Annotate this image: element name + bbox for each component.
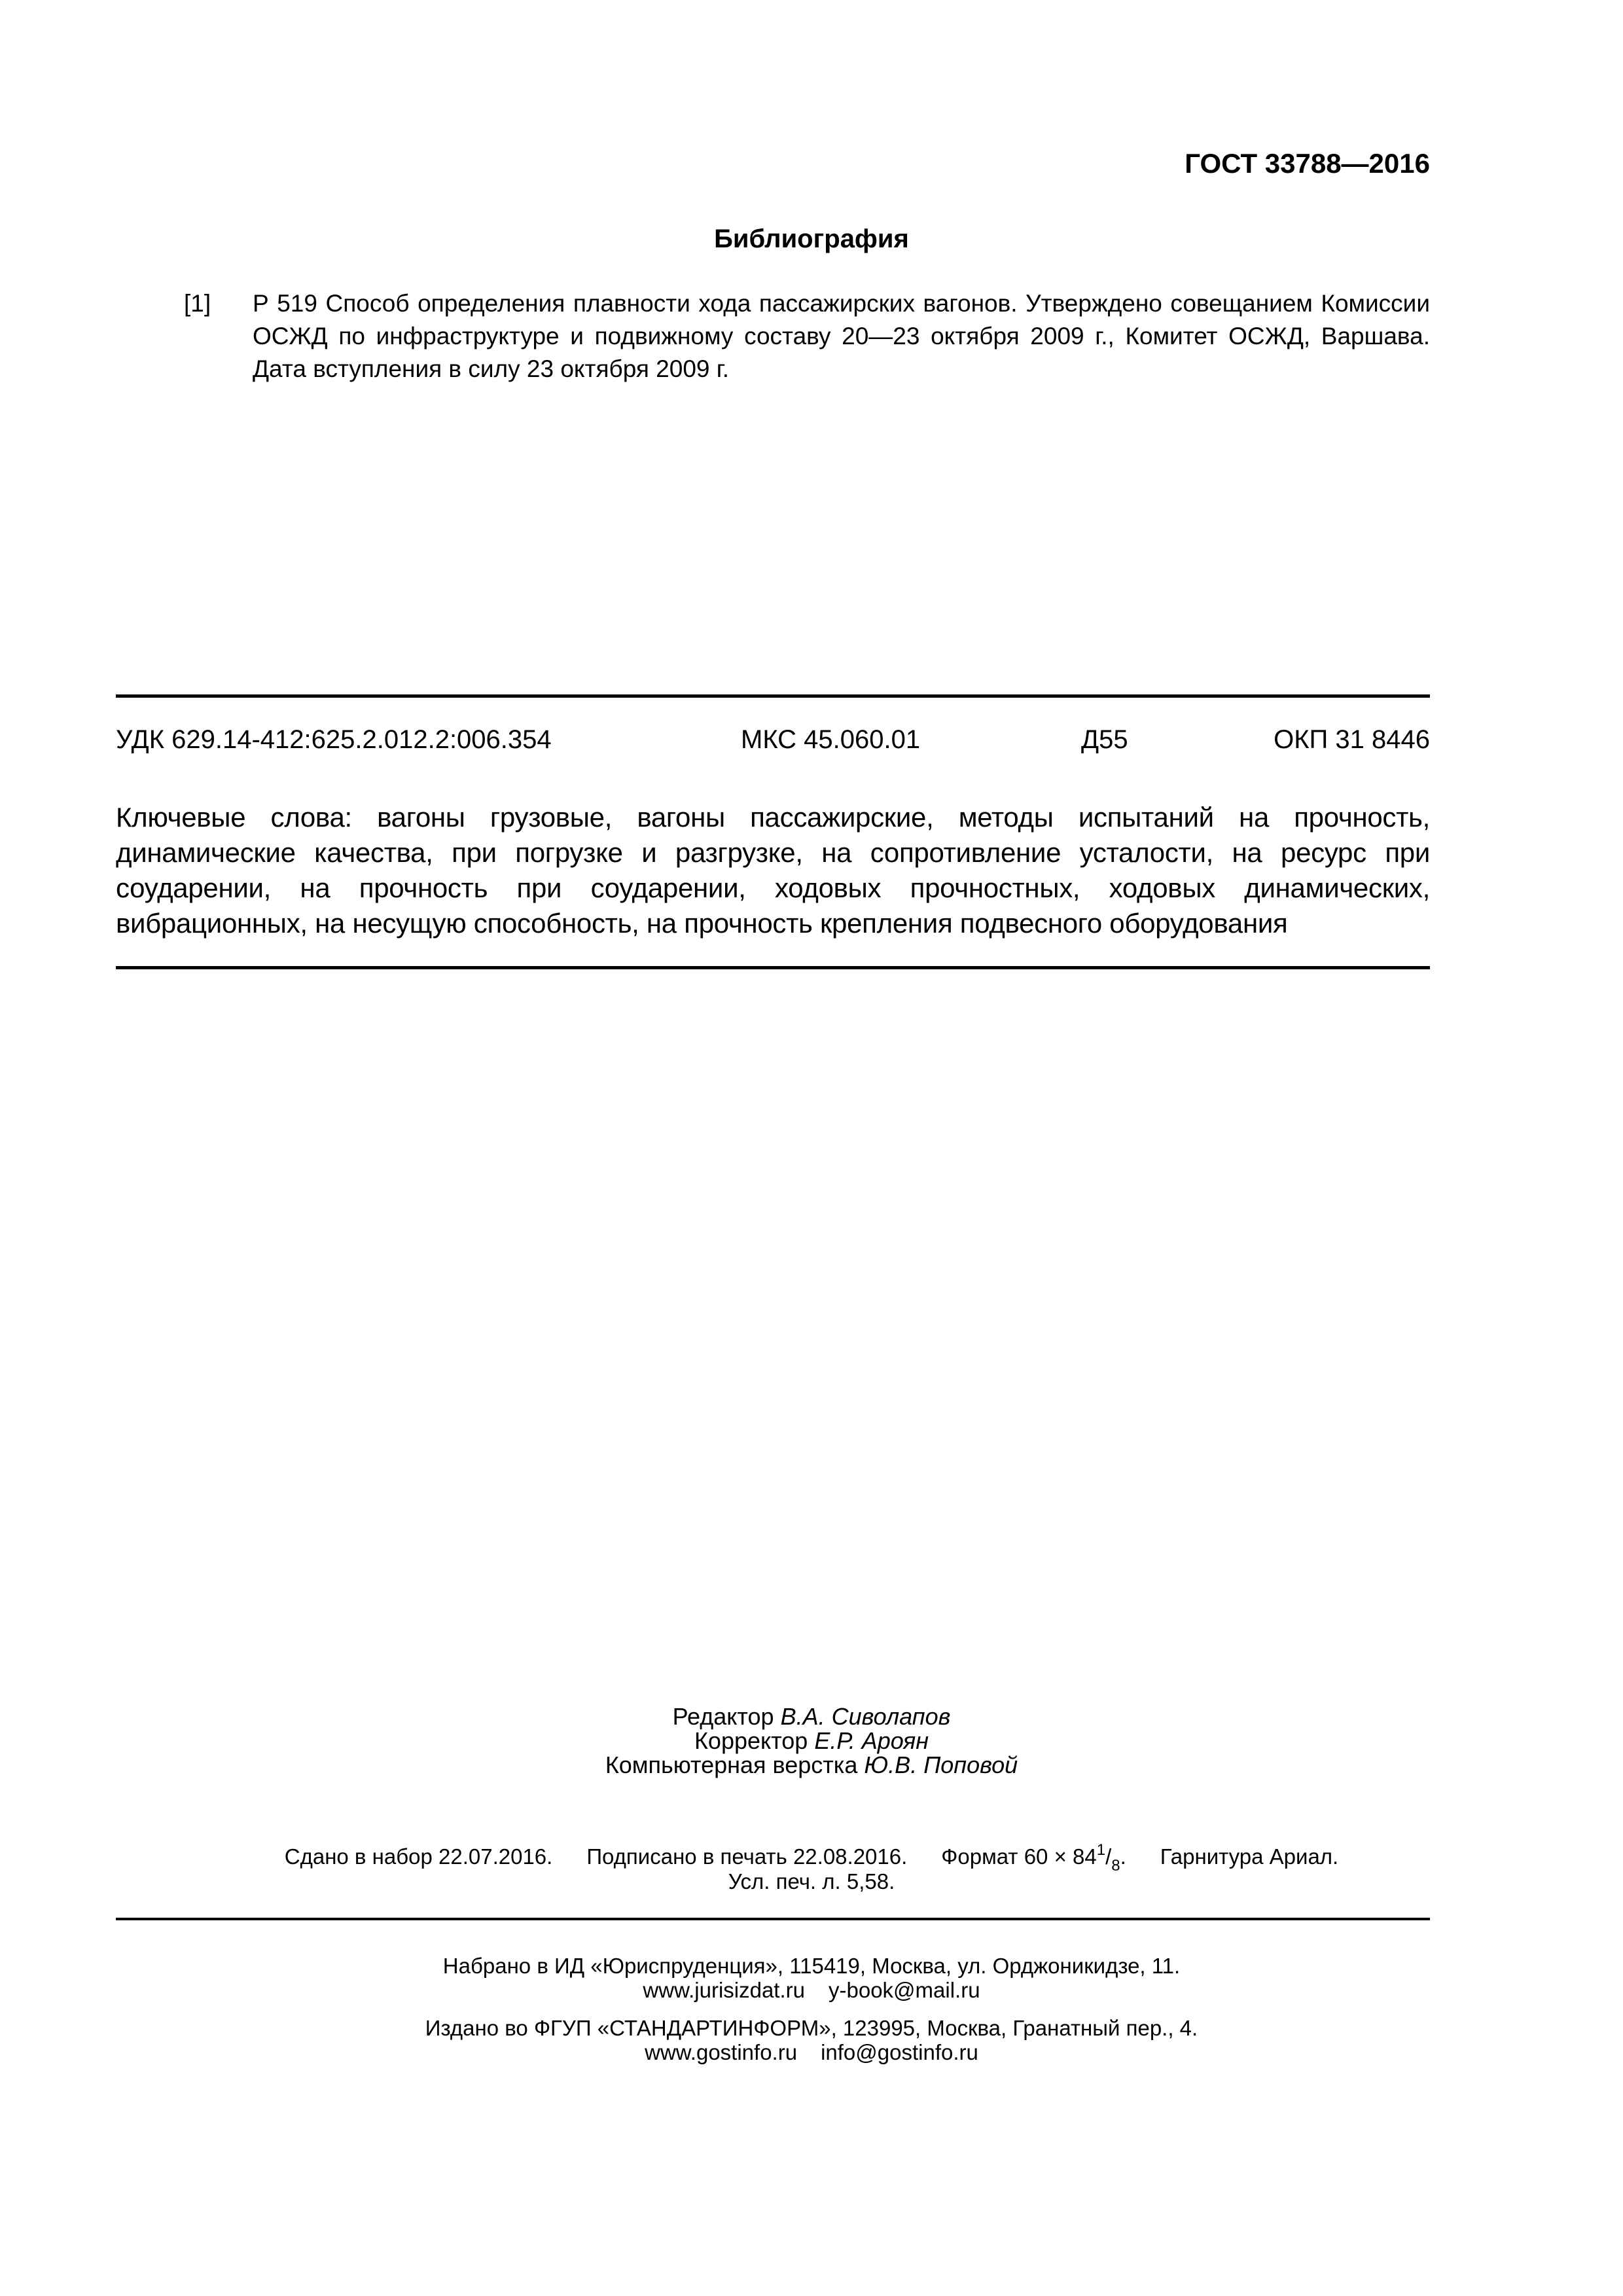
format-denominator: 8	[1111, 1857, 1120, 1874]
format-suffix: .	[1120, 1844, 1126, 1869]
bibliography-entry-number: [1]	[184, 287, 211, 320]
group-code: Д55	[1081, 725, 1128, 755]
publisher-website-link[interactable]: www.gostinfo.ru	[645, 2040, 797, 2064]
credit-corrector: Корректор Е.Р. Ароян	[0, 1729, 1623, 1753]
okp-code: ОКП 31 8446	[1274, 725, 1430, 755]
typesetter-website-link[interactable]: www.jurisizdat.ru	[643, 1978, 805, 2002]
divider-rule-top	[116, 694, 1430, 698]
credit-layout: Компьютерная верстка Ю.В. Поповой	[0, 1753, 1623, 1777]
typesetter-email-link[interactable]: y-book@mail.ru	[829, 1978, 980, 2002]
classification-codes-row: УДК 629.14-412:625.2.012.2:006.354 МКС 4…	[116, 725, 1430, 758]
publisher-contacts: www.gostinfo.ruinfo@gostinfo.ru	[0, 2040, 1623, 2064]
signed-for-print: Подписано в печать 22.08.2016.	[586, 1844, 907, 1869]
credit-layout-name: Ю.В. Поповой	[864, 1751, 1018, 1778]
imprint-line: Сдано в набор 22.07.2016.Подписано в печ…	[0, 1844, 1623, 1869]
publisher-address: Издано во ФГУП «СТАНДАРТИНФОРМ», 123995,…	[0, 2016, 1623, 2040]
publisher-email-link[interactable]: info@gostinfo.ru	[821, 2040, 978, 2064]
credit-corrector-role: Корректор	[694, 1727, 808, 1754]
divider-rule-middle	[116, 966, 1430, 969]
typesetter-block: Набрано в ИД «Юриспруденция», 115419, Мо…	[0, 1954, 1623, 2002]
format-slash: /	[1105, 1844, 1111, 1869]
imprint-block: Сдано в набор 22.07.2016.Подписано в печ…	[0, 1844, 1623, 1894]
credit-editor: Редактор В.А. Сиволапов	[0, 1704, 1623, 1729]
format: Формат 60 × 841/8.	[941, 1844, 1126, 1869]
publisher-block: Издано во ФГУП «СТАНДАРТИНФОРМ», 123995,…	[0, 2016, 1623, 2064]
credit-corrector-name: Е.Р. Ароян	[814, 1727, 929, 1754]
sent-to-typesetting: Сдано в набор 22.07.2016.	[285, 1844, 553, 1869]
credit-editor-name: В.А. Сиволапов	[781, 1703, 951, 1730]
typesetter-contacts: www.jurisizdat.ruy-book@mail.ru	[0, 1978, 1623, 2002]
udk-code: УДК 629.14-412:625.2.012.2:006.354	[116, 725, 552, 755]
format-numerator: 1	[1097, 1841, 1105, 1859]
credit-layout-role: Компьютерная верстка	[605, 1751, 858, 1778]
keywords-paragraph: Ключевые слова: вагоны грузовые, вагоны …	[116, 800, 1430, 941]
credits-block: Редактор В.А. Сиволапов Корректор Е.Р. А…	[0, 1704, 1623, 1777]
mks-code: МКС 45.060.01	[741, 725, 920, 755]
printed-sheets: Усл. печ. л. 5,58.	[0, 1869, 1623, 1894]
bibliography-heading: Библиография	[0, 224, 1623, 254]
divider-rule-bottom	[116, 1918, 1430, 1920]
typesetter-address: Набрано в ИД «Юриспруденция», 115419, Мо…	[0, 1954, 1623, 1978]
bibliography-entry-text: Р 519 Способ определения плавности хода …	[253, 287, 1430, 386]
credit-editor-role: Редактор	[673, 1703, 774, 1730]
document-number: ГОСТ 33788—2016	[1185, 148, 1430, 179]
format-prefix: Формат 60 × 84	[941, 1844, 1096, 1869]
typeface: Гарнитура Ариал.	[1160, 1844, 1338, 1869]
